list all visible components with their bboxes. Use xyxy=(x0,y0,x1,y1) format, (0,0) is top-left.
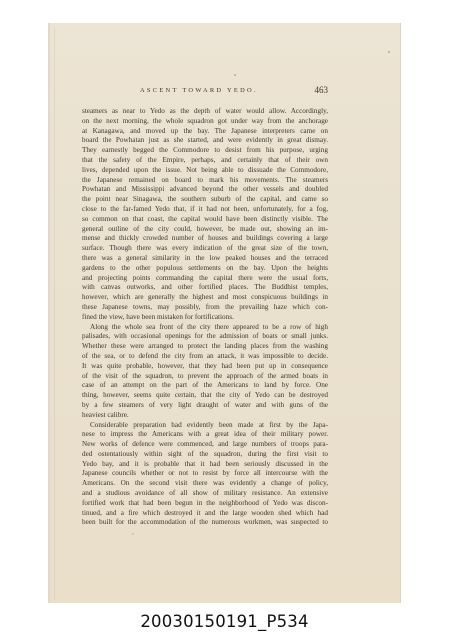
text-line: They earnestly begged the Commodore to d… xyxy=(82,146,328,156)
running-head: Ascent toward Yedo. 463 xyxy=(82,87,328,99)
image-id-caption: 20030150191_P534 xyxy=(0,603,449,640)
paragraph: Along the whole sea front of the city th… xyxy=(82,323,328,421)
scan-viewer: Ascent toward Yedo. 463 steamers as near… xyxy=(0,0,449,640)
text-line: that the safety of the Empire, perhaps, … xyxy=(82,156,328,166)
text-line: at Kanagawa, and moved up the bay. The J… xyxy=(82,127,328,137)
text-line: palisades, with occasional openings for … xyxy=(82,332,328,342)
text-line: gardens to the other populous settlement… xyxy=(82,264,328,274)
text-line: surface. Though there was every indicati… xyxy=(82,244,328,254)
text-line: however, which are generally the highest… xyxy=(82,293,328,303)
text-line: ded ostentatiously within sight of the s… xyxy=(82,450,328,460)
text-line: the point near Sinagawa, the southern su… xyxy=(82,195,328,205)
text-line: nese to impress the Americans with a gre… xyxy=(82,430,328,440)
text-line: by a few steamers of very light draught … xyxy=(82,401,328,411)
text-line: New works of defence were commenced, and… xyxy=(82,440,328,450)
page-gutter-edge xyxy=(54,27,55,599)
text-line: the Japanese remained on board to mark h… xyxy=(82,176,328,186)
text-line: Considerable preparation had evidently b… xyxy=(82,421,328,431)
text-line: been built for the accommodation of the … xyxy=(82,518,328,528)
running-title: Ascent toward Yedo. xyxy=(140,87,258,94)
text-line: Along the whole sea front of the city th… xyxy=(82,323,328,333)
text-line: and projecting points commanding the cap… xyxy=(82,274,328,284)
text-line: thing, however, seems quite certain, tha… xyxy=(82,391,328,401)
text-line: mense and thickly crowded number of hous… xyxy=(82,234,328,244)
body-text: steamers as near to Yedo as the depth of… xyxy=(82,107,328,528)
text-line: fortified work that had been begun in th… xyxy=(82,499,328,509)
text-line: and a studious avoidance of all show of … xyxy=(82,489,328,499)
page-number: 463 xyxy=(315,85,329,95)
text-line: of the sea, or to defend the city from a… xyxy=(82,352,328,362)
text-line: case of an attempt on the part of the Am… xyxy=(82,381,328,391)
paper-speck xyxy=(388,51,390,53)
text-line: close to the far-famed Yedo that, if it … xyxy=(82,205,328,215)
text-line: fined the view, have been mistaken for f… xyxy=(82,313,328,323)
text-line: tinued, and a fire which destroyed it an… xyxy=(82,509,328,519)
text-line: of the visit of the squadron, to prevent… xyxy=(82,372,328,382)
paragraph: steamers as near to Yedo as the depth of… xyxy=(82,107,328,323)
text-line: so common on that coast, the capital wou… xyxy=(82,215,328,225)
paper-speck xyxy=(234,74,236,76)
text-line: heaviest calibre. xyxy=(82,411,328,421)
text-line: steamers as near to Yedo as the depth of… xyxy=(82,107,328,117)
text-line: these Japanese towns, may possibly, from… xyxy=(82,303,328,313)
text-line: there was a general similarity in the lo… xyxy=(82,254,328,264)
text-line: with canvas outworks, and other fortifie… xyxy=(82,283,328,293)
text-line: Japanese councils whether or not to resi… xyxy=(82,469,328,479)
text-line: Powhatan and Mississippi advanced beyond… xyxy=(82,185,328,195)
text-line: board the Powhatan just as she started, … xyxy=(82,136,328,146)
text-line: lives, depended upon the issue. Not bein… xyxy=(82,166,328,176)
book-page: Ascent toward Yedo. 463 steamers as near… xyxy=(48,23,401,603)
text-line: Americans. On the second visit there was… xyxy=(82,479,328,489)
text-line: on the next morning, the whole squadron … xyxy=(82,117,328,127)
text-line: Yedo bay, and it is probable that it had… xyxy=(82,460,328,470)
paragraph: Considerable preparation had evidently b… xyxy=(82,421,328,529)
text-line: general outline of the city could, howev… xyxy=(82,225,328,235)
text-line: It was quite probable, however, that the… xyxy=(82,362,328,372)
text-line: Whether these were arranged to protect t… xyxy=(82,342,328,352)
paper-speck xyxy=(132,533,134,535)
